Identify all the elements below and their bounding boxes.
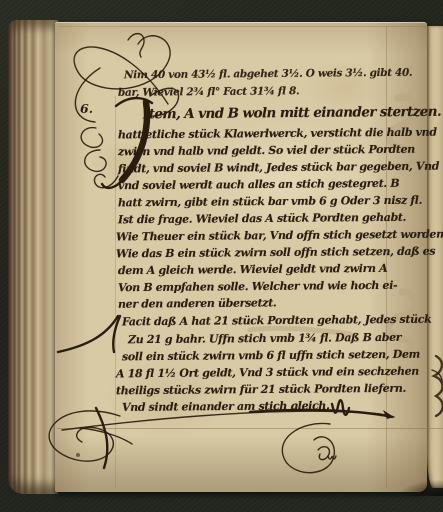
margin-problem-number: 6. [80, 101, 93, 116]
handwritten-line: Wie Theuer ein stück bar, Vnd offn stich… [116, 228, 443, 244]
handwritten-text-block: 6. Nim 40 von 43½ fl. abgehet 3½. O weis… [0, 0, 443, 512]
handwritten-line: hatt zwirn, gibt ein stück bar vmb 6 g O… [118, 194, 422, 210]
handwritten-line: vnd soviel werdt auch alles an stich ges… [118, 177, 399, 192]
facit-line: A 18 fl 1½ Ort geldt, Vnd 3 stück vnd ei… [116, 365, 419, 381]
handwritten-line: zwirn vnd halb vnd geldt. So viel der st… [118, 143, 415, 159]
facit-line: theiligs stücks zwirn für 21 stück Pordt… [116, 382, 406, 398]
facit-line: Vnd sindt einander am stich gleich. [122, 399, 330, 414]
manuscript-photo: 6. Nim 40 von 43½ fl. abgehet 3½. O weis… [0, 0, 443, 512]
handwritten-line: findt, vnd soviel B windt, Jedes stück b… [118, 160, 439, 176]
facit-line: Facit daß A hat 21 stück Pordten gehabt,… [122, 313, 431, 329]
problem-heading-line: Item, A vnd B woln mitt einander stertze… [143, 104, 443, 123]
handwritten-line: bar, Wieviel 2¾ fl° Fact 31¾ fl 8. [118, 85, 299, 99]
handwritten-line: Nim 40 von 43½ fl. abgehet 3½. O weis 3½… [124, 67, 412, 82]
facit-line: Zu 21 g bahr. Uffn stich vmb 1¾ fl. Daß … [128, 331, 401, 346]
handwritten-line: dem A gleich werde. Wieviel geldt vnd zw… [118, 262, 387, 277]
handwritten-line: Ist die frage. Wieviel das A stück Pordt… [118, 211, 406, 227]
handwritten-line: ner den anderen übersetzt. [118, 296, 276, 310]
handwritten-line: hatt etliche stück Klawerlwerck, verstic… [118, 126, 437, 142]
handwritten-line: Wie das B ein stück zwirn soll offn stic… [116, 245, 435, 261]
facit-line: soll ein stück zwirn vmb 6 fl uffn stich… [122, 348, 420, 364]
handwritten-line: Von B empfahen solle. Welcher vnd wie ho… [118, 279, 397, 294]
